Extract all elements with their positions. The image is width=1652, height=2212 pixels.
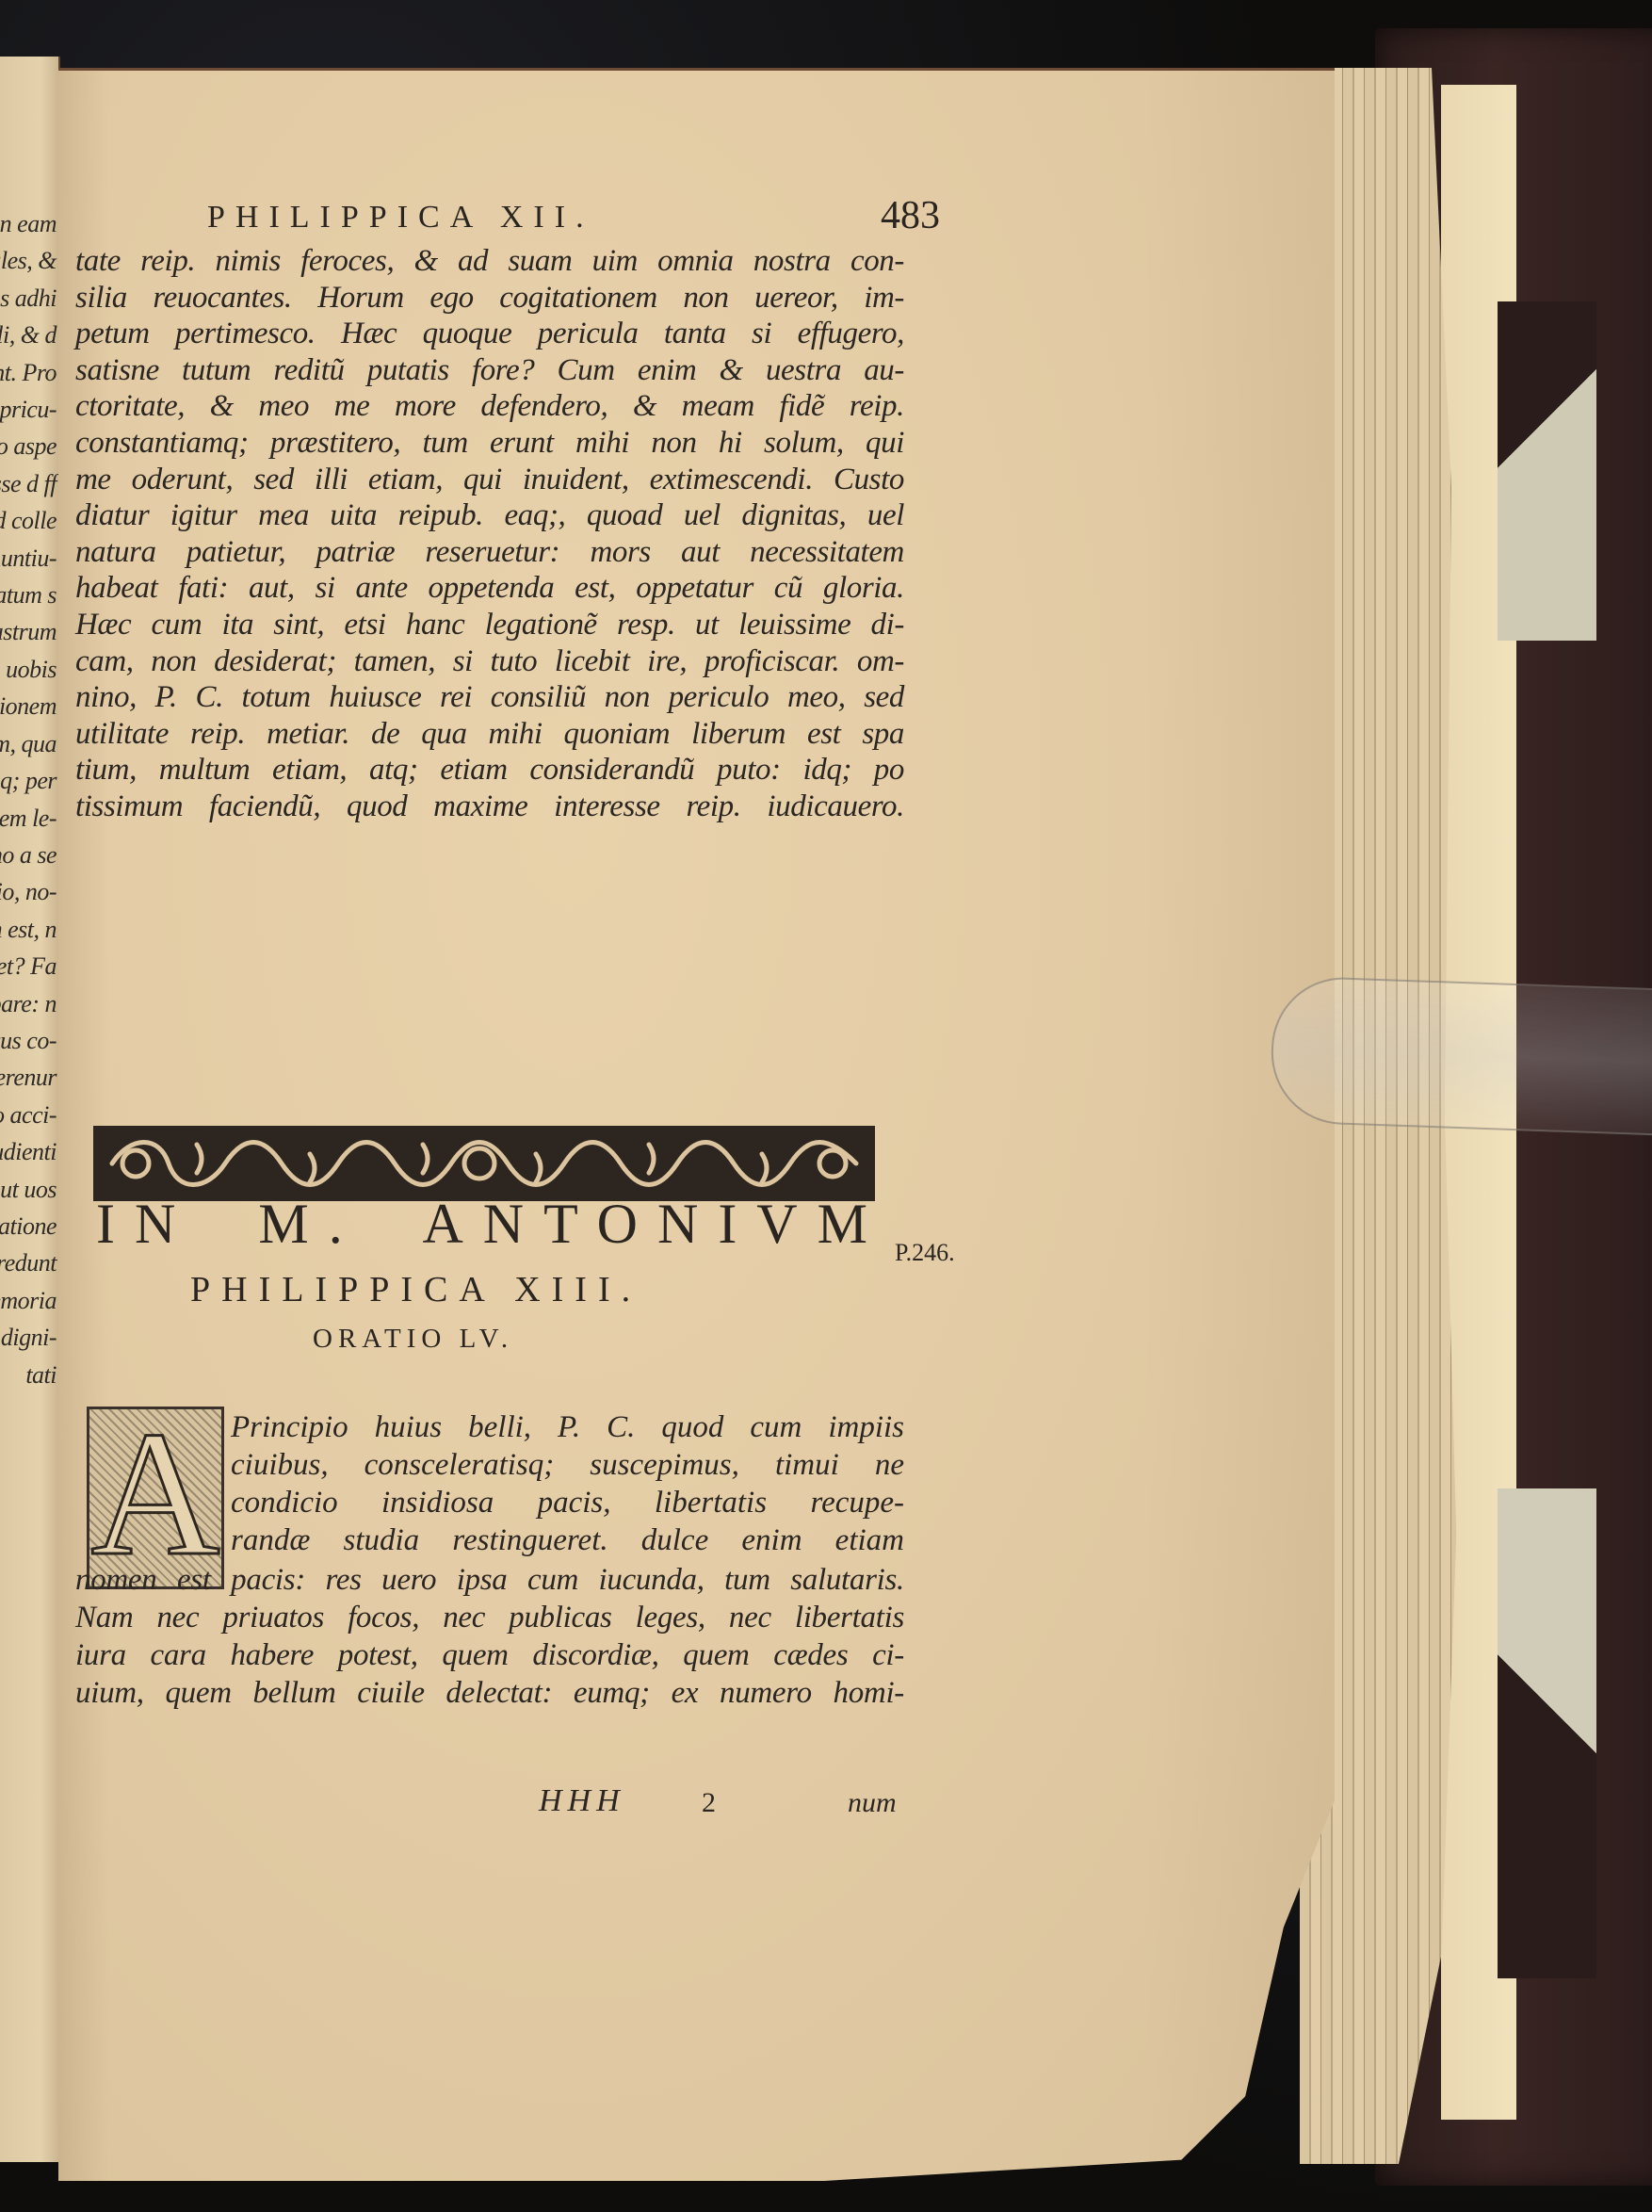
margin-fragment: ocinio aspe [0, 428, 58, 464]
margin-fragment: neq; per [0, 762, 58, 799]
margin-fragment: erunt. Pro [0, 354, 58, 391]
left-page-margin-text: ut in eamCales, &cios adhipuli, & derunt… [0, 205, 58, 1393]
margin-fragment: decem le- [0, 800, 58, 837]
text-line: Principio huius belli, P. C. quod cum im… [231, 1408, 904, 1446]
ornament-headpiece-icon [93, 1126, 875, 1201]
continuation-text-block: nomen est pacis: res uero ipsa cum iucun… [75, 1561, 904, 1712]
text-line: natura patietur, patriæ reseruetur: mors… [75, 534, 904, 571]
page-turning-spatula [1269, 975, 1652, 1136]
handwritten-margin-note: P.246. [895, 1239, 955, 1267]
margin-fragment: ie, & digni- [0, 1319, 58, 1356]
text-line: nomen est pacis: res uero ipsa cum iucun… [75, 1561, 904, 1599]
initial-letter: A [89, 1400, 221, 1588]
left-page-verso: ut in eamCales, &cios adhipuli, & derunt… [0, 57, 60, 2162]
text-line: ciuibus, consceleratisq; suscepimus, tim… [231, 1446, 904, 1484]
intro-text-block: Principio huius belli, P. C. quod cum im… [231, 1408, 904, 1559]
margin-fragment: e posse d ff [0, 465, 58, 502]
vellum-corner-top [1498, 301, 1596, 641]
margin-fragment: ut in eam [0, 205, 58, 242]
text-line: ctoritate, & meo me more defendero, & me… [75, 388, 904, 425]
right-page-recto: PHILIPPICA XII. 483 tate reip. nimis fer… [58, 68, 1335, 2181]
text-line: petum pertimesco. Hæc quoque pericula ta… [75, 316, 904, 352]
text-line: Hæc cum ita sint, etsi hanc legationẽ re… [75, 607, 904, 643]
oration-number: ORATIO LV. [313, 1324, 513, 1355]
oration-title: IN M. ANTONIVM [96, 1192, 887, 1257]
margin-fragment: egationem [0, 688, 58, 724]
text-line: utilitate reip. metiar. de qua mihi quon… [75, 716, 904, 753]
margin-fragment: uen, pricu- [0, 391, 58, 428]
margin-fragment: tati [0, 1357, 58, 1393]
margin-fragment: probare: n [0, 985, 58, 1022]
vellum-corner-bottom [1498, 1488, 1596, 1978]
text-line: silia reuocantes. Horum ego cogitationem… [75, 280, 904, 317]
margin-fragment: n modo acci- [0, 1097, 58, 1133]
margin-fragment: r memoria [0, 1282, 58, 1319]
body-text-block: tate reip. nimis feroces, & ad suam uim … [75, 243, 904, 825]
text-line: me oderunt, sed illi etiam, qui inuident… [75, 462, 904, 498]
catchword: num [848, 1787, 897, 1819]
margin-fragment: cios adhi [0, 280, 58, 317]
text-line: Nam nec priuatos focos, nec publicas leg… [75, 1599, 904, 1636]
text-line: habeat fati: aut, si ante oppetenda est,… [75, 570, 904, 607]
margin-fragment: me audienti [0, 1133, 58, 1170]
margin-fragment: ae ad colle [0, 502, 58, 539]
text-line: nino, P. C. totum huiusce rei consiliũ n… [75, 679, 904, 716]
margin-fragment: ntis, credunt [0, 1244, 58, 1281]
margin-fragment: on uerenur [0, 1059, 58, 1096]
margin-fragment: c, uobis [0, 651, 58, 688]
text-line: satisne tutum reditũ putatis fore? Cum e… [75, 352, 904, 389]
margin-fragment: iatum s [0, 577, 58, 613]
running-head: PHILIPPICA XII. [207, 200, 942, 236]
text-line: tate reip. nimis feroces, & ad suam uim … [75, 243, 904, 280]
margin-fragment: ri puret? Fa [0, 948, 58, 984]
margin-fragment: re, oratione [0, 1208, 58, 1244]
signature-mark: HHH [539, 1783, 625, 1819]
margin-fragment: moda, ut uos [0, 1171, 58, 1208]
signature-number: 2 [702, 1787, 716, 1819]
text-line: tium, multum etiam, atq; etiam considera… [75, 752, 904, 789]
margin-fragment: nsilio, no- [0, 873, 58, 910]
margin-fragment: Cales, & [0, 242, 58, 279]
oration-subtitle: PHILIPPICA XIII. [190, 1269, 641, 1310]
text-line: diatur igitur mea uita reipub. eaq;, quo… [75, 497, 904, 534]
page-number: 483 [881, 193, 940, 238]
margin-fragment: icum est, n [0, 911, 58, 948]
text-line: constantiamq; præstitero, tum erunt mihi… [75, 425, 904, 462]
margin-fragment: u: nuntiu- [0, 540, 58, 577]
margin-fragment: puli, & d [0, 317, 58, 353]
margin-fragment: castrum [0, 613, 58, 650]
text-line: iura cara habere potest, quem discordiæ,… [75, 1636, 904, 1674]
text-line: randæ studia restingueret. dulce enim et… [231, 1521, 904, 1559]
text-line: condicio insidiosa pacis, libertatis rec… [231, 1484, 904, 1521]
margin-fragment: ciam, qua [0, 725, 58, 762]
text-line: uium, quem bellum ciuile delectat: eumq;… [75, 1674, 904, 1712]
margin-fragment: nino a se [0, 837, 58, 873]
text-line: tissimum faciendũ, quod maxime interesse… [75, 789, 904, 825]
text-line: cam, non desiderat; tamen, si tuto liceb… [75, 643, 904, 680]
margin-fragment: & decus co- [0, 1022, 58, 1059]
